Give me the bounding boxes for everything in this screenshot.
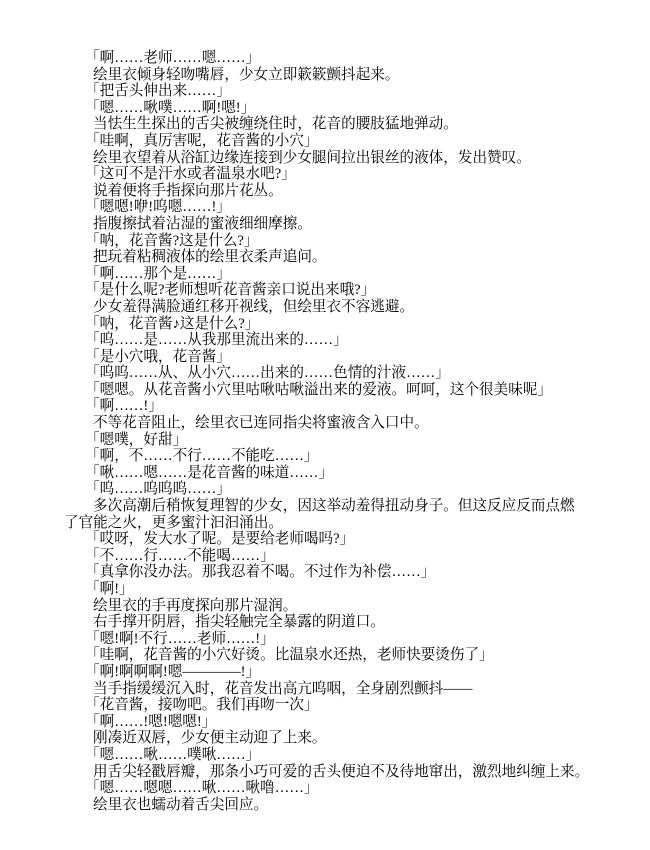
text-line-dialogue: 「啊……那个是……」	[64, 266, 650, 283]
text-line-dialogue: 「嗯嗯。从花音酱小穴里咕啾咕啾溢出来的爱液。呵呵，这个很美味呢」	[64, 382, 650, 399]
text-line-dialogue: 「啊……!嗯!嗯嗯!」	[64, 714, 650, 731]
text-line-dialogue: 「是小穴哦，花音酱」	[64, 349, 650, 366]
text-line-dialogue: 「呜呜……从、从小穴……出来的……色情的汁液……」	[64, 365, 650, 382]
text-line-dialogue: 「是什么呢?老师想听花音酱亲口说出来哦?」	[64, 282, 650, 299]
text-line-dialogue: 「啊!啊啊啊!嗯————!」	[64, 664, 650, 681]
text-line-dialogue: 「呜……是……从我那里流出来的……」	[64, 332, 650, 349]
text-line-dialogue: 「嗯!啊!不行……老师……!」	[64, 631, 650, 648]
text-line-dialogue: 「不……行……不能喝……」	[64, 548, 650, 565]
text-line-dialogue: 「啊……老师……嗯……」	[64, 50, 650, 67]
text-line-dialogue: 「嗯……嗯嗯……啾……啾噜……」	[64, 780, 650, 797]
text-line-continuation: 了官能之火，更多蜜汁汩汩涌出。	[64, 515, 650, 532]
text-line-dialogue: 「嗯……啾噗……啊!嗯!」	[64, 100, 650, 117]
text-line-narration: 用舌尖轻戳唇瓣，那条小巧可爱的舌头便迫不及待地窜出，激烈地纠缠上来。	[64, 764, 650, 781]
text-line-narration: 少女羞得满脸通红移开视线，但绘里衣不容逃避。	[64, 299, 650, 316]
text-line-narration: 绘里衣的手再度探向那片湿润。	[64, 598, 650, 615]
text-line-narration: 右手撑开阴唇，指尖轻触完全暴露的阴道口。	[64, 614, 650, 631]
text-line-narration: 刚凑近双唇，少女便主动迎了上来。	[64, 730, 650, 747]
text-line-dialogue: 「呜……呜呜呜……」	[64, 481, 650, 498]
text-line-dialogue: 「花音酱，接吻吧。我们再吻一次」	[64, 697, 650, 714]
text-line-dialogue: 「哎呀，发大水了呢。是要给老师喝吗?」	[64, 531, 650, 548]
text-line-dialogue: 「呐，花音酱♪这是什么?」	[64, 316, 650, 333]
text-line-narration: 绘里衣倾身轻吻嘴唇，少女立即簌簌颤抖起来。	[64, 67, 650, 84]
text-line-dialogue: 「哇啊，真厉害呢，花音酱的小穴」	[64, 133, 650, 150]
text-line-dialogue: 「嗯噗，好甜」	[64, 432, 650, 449]
text-line-narration: 把玩着粘稠液体的绘里衣柔声追问。	[64, 249, 650, 266]
text-line-narration: 当怯生生探出的舌尖被缠绕住时，花音的腰肢猛地弹动。	[64, 116, 650, 133]
text-line-dialogue: 「呐，花音酱?这是什么?」	[64, 233, 650, 250]
text-line-dialogue: 「啊!」	[64, 581, 650, 598]
text-line-dialogue: 「啊……!」	[64, 398, 650, 415]
document-page: 「啊……老师……嗯……」绘里衣倾身轻吻嘴唇，少女立即簌簌颤抖起来。「把舌头伸出来…	[0, 0, 650, 850]
text-line-narration: 多次高潮后稍恢复理智的少女，因这举动羞得扭动身子。但这反应反而点燃	[64, 498, 650, 515]
text-line-dialogue: 「啊，不……不行……不能吃……」	[64, 448, 650, 465]
text-line-narration: 绘里衣也蠕动着舌尖回应。	[64, 797, 650, 814]
text-line-narration: 当手指缓缓沉入时，花音发出高亢呜咽，全身剧烈颤抖——	[64, 681, 650, 698]
text-line-dialogue: 「啾……嗯……是花音酱的味道……」	[64, 465, 650, 482]
text-line-narration: 不等花音阻止，绘里衣已连同指尖将蜜液含入口中。	[64, 415, 650, 432]
text-line-narration: 绘里衣望着从浴缸边缘连接到少女腿间拉出银丝的液体，发出赞叹。	[64, 150, 650, 167]
text-line-narration: 指腹擦拭着沾湿的蜜液细细摩擦。	[64, 216, 650, 233]
text-line-dialogue: 「这可不是汗水或者温泉水吧?」	[64, 166, 650, 183]
text-line-dialogue: 「把舌头伸出来……」	[64, 83, 650, 100]
text-line-dialogue: 「嗯嗯!咿!呜嗯……!」	[64, 199, 650, 216]
text-line-dialogue: 「哇啊，花音酱的小穴好烫。比温泉水还热，老师快要烫伤了」	[64, 647, 650, 664]
text-line-dialogue: 「真拿你没办法。那我忍着不喝。不过作为补偿……」	[64, 564, 650, 581]
novel-text-body: 「啊……老师……嗯……」绘里衣倾身轻吻嘴唇，少女立即簌簌颤抖起来。「把舌头伸出来…	[0, 0, 650, 813]
text-line-narration: 说着便将手指探向那片花丛。	[64, 183, 650, 200]
text-line-dialogue: 「嗯……啾……噗啾……」	[64, 747, 650, 764]
